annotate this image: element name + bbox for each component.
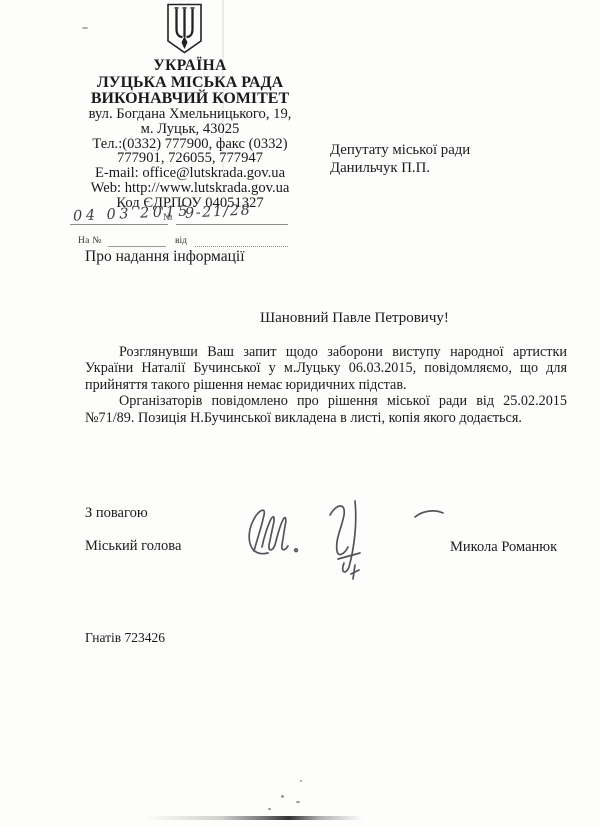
signer-title: Міський голова	[85, 538, 181, 555]
closing-phrase: З повагою	[85, 505, 148, 522]
subject-line: Про надання інформації	[85, 248, 245, 266]
recipient-title: Депутату міської ради	[330, 142, 470, 160]
country-title: УКРАЇНА	[40, 58, 340, 75]
ukraine-trident-emblem-icon	[166, 3, 203, 54]
address-street: вул. Богдана Хмельницького, 19,	[40, 107, 340, 122]
executor-line: Гнатів 723426	[85, 630, 165, 646]
phone-line-2: 777901, 726055, 777947	[40, 151, 340, 166]
scan-artifact-speck	[300, 780, 302, 782]
recipient-block: Депутату міської ради Данильчук П.П.	[330, 142, 470, 177]
scan-artifact-speck	[280, 794, 284, 798]
body-paragraph-1: Розглянувши Ваш запит щодо заборони вист…	[85, 344, 567, 393]
council-title: ЛУЦЬКА МІСЬКА РАДА	[40, 75, 340, 92]
body-paragraph-2: Організаторів повідомлено про рішення мі…	[85, 393, 567, 426]
recipient-name: Данильчук П.П.	[330, 160, 470, 178]
ref-number-label: На №	[78, 236, 102, 246]
date-blank-line	[70, 224, 168, 225]
scan-artifact-speck	[82, 27, 88, 29]
salutation: Шановний Павле Петровичу!	[260, 310, 449, 327]
letterhead-header: УКРАЇНА ЛУЦЬКА МІСЬКА РАДА ВИКОНАВЧИЙ КО…	[40, 58, 340, 108]
address-city: м. Луцьк, 43025	[40, 122, 340, 137]
number-sign-label: №	[163, 212, 173, 223]
handwritten-outgoing-number: 9-21/28	[185, 202, 252, 221]
scan-artifact-speck	[268, 808, 271, 810]
number-blank-line	[176, 224, 288, 225]
scan-artifact-speck	[296, 801, 300, 803]
ref-date-blank-line	[195, 246, 288, 247]
letter-body: Розглянувши Ваш запит щодо заборони вист…	[85, 344, 567, 426]
phone-line-1: Тел.:(0332) 777900, факс (0332)	[40, 137, 340, 152]
ref-number-blank-line	[108, 246, 166, 247]
email-line: E-mail: office@lutskrada.gov.ua	[40, 166, 340, 181]
handwritten-signature-icon	[238, 495, 453, 583]
web-line: Web: http://www.lutskrada.gov.ua	[40, 181, 340, 196]
scanned-letter-page: УКРАЇНА ЛУЦЬКА МІСЬКА РАДА ВИКОНАВЧИЙ КО…	[0, 0, 600, 826]
letterhead-address: вул. Богдана Хмельницького, 19, м. Луцьк…	[40, 107, 340, 211]
scan-artifact-vertical-line	[222, 0, 224, 178]
signer-name: Микола Романюк	[450, 539, 557, 556]
ref-from-label: від	[175, 236, 187, 246]
scan-artifact-bottom-smudge	[145, 816, 363, 820]
